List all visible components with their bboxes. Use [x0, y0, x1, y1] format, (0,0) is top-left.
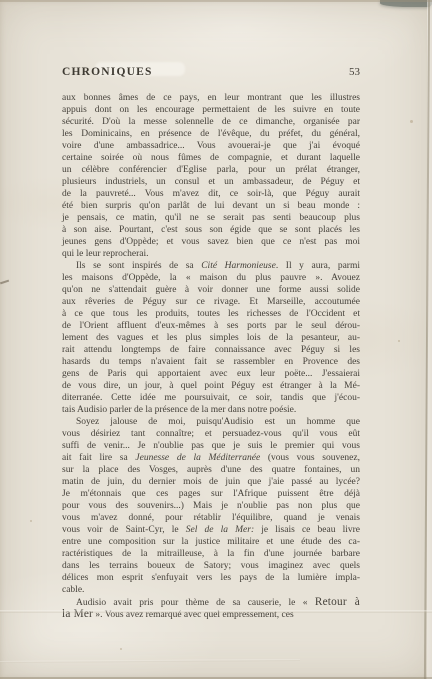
page-edge-top: [0, 0, 432, 2]
text-line: qu'on ne s'attendait guère à voir donner…: [62, 284, 360, 296]
body-text: les Dominicains, en présence de l'évêque…: [62, 129, 360, 139]
body-text: appuis dont on les encourage permettaien…: [62, 105, 360, 115]
paper-speck: [340, 600, 342, 602]
text-line: gens de Paris qui apportaient avec eux l…: [62, 368, 360, 380]
text-line: vous voir de Saint-Cyr, le Sel de la Mer…: [62, 524, 360, 536]
body-text: qui le leur reprocherai.: [62, 249, 149, 259]
body-text: pour vous des souvenirs...) Mais je n'ou…: [62, 501, 360, 511]
text-line: de vous dire, un jour, à quel point Pégu…: [62, 380, 360, 392]
text-line: plusieurs industriels, un consul et un a…: [62, 176, 360, 188]
body-text: matin de juin, du dernier mois de juin q…: [62, 477, 360, 487]
text-line: pour vous des souvenirs...) Mais je n'ou…: [62, 500, 360, 512]
page-header: CHRONIQUES 53: [62, 66, 360, 78]
body-text: Audisio avait pris pour thème de sa caus…: [76, 598, 315, 608]
text-line: diterranée. Cette idée me poursuivait, c…: [62, 392, 360, 404]
text-line: hasards du temps n'avaient fait se rasse…: [62, 356, 360, 368]
text-line: lement des vagues et les plus simples lo…: [62, 332, 360, 344]
body-text: (vous vous souvenez,: [260, 453, 360, 463]
body-text: je pensais, ce matin, qu'il ne se serait…: [62, 213, 360, 223]
text-line: voire d'une ambassadrice... Vous avouera…: [62, 140, 360, 152]
paper-crease: [0, 659, 300, 663]
text-line: suffi de venir... Je n'oublie pas que je…: [62, 440, 360, 452]
body-text: dans les terrains boueux de Satory; vous…: [62, 561, 360, 571]
body-text: entre une composition sur la justice mil…: [62, 537, 360, 547]
text-line: entre une composition sur la justice mil…: [62, 536, 360, 548]
text-line: sur la place des Vosges, auprès d'une de…: [62, 464, 360, 476]
text-line: les maisons d'Oppède, la « maison du plu…: [62, 272, 360, 284]
body-text: . Il y aura, parmi: [276, 261, 360, 271]
text-line: ractéristiques de la mitrailleuse, à la …: [62, 548, 360, 560]
body-text: les maisons d'Oppède, la « maison du plu…: [62, 273, 360, 283]
body-text: tais Audisio parler de la présence de la…: [62, 405, 296, 415]
paper-crease: [0, 280, 9, 284]
body-text: certaine soirée où nous fûmes de compagn…: [62, 153, 360, 163]
body-text: Ils se sont inspirés de sa: [76, 261, 201, 271]
page-number: 53: [349, 66, 360, 78]
body-text: cable.: [62, 585, 84, 595]
text-line: vous m'avez donné, pour rétablir l'équil…: [62, 512, 360, 524]
paper-crease: [0, 610, 432, 613]
text-line: qui le leur reprocherai.: [62, 248, 360, 260]
body-text: suffi de venir... Je n'oublie pas que je…: [62, 441, 360, 451]
body-text: plusieurs industriels, un consul et un a…: [62, 177, 360, 187]
text-line: Audisio avait pris pour thème de sa caus…: [62, 596, 360, 608]
text-line: cable.: [62, 584, 360, 596]
body-text: rait attendu longtemps de faire connaiss…: [62, 345, 360, 355]
scanned-book-page: CHRONIQUES 53 aux bonnes âmes de ce pays…: [0, 0, 432, 679]
italic-book-title: Jeunesse de la Méditerranée: [135, 453, 260, 463]
text-line: à son aise. Pourtant, c'est sous son égi…: [62, 224, 360, 236]
text-line: les Dominicains, en présence de l'évêque…: [62, 128, 360, 140]
body-text: lement des vagues et les plus simples lo…: [62, 333, 360, 343]
emphasized-phrase: Retour à: [315, 596, 360, 608]
body-text: à ce que tous les produits, toutes les r…: [62, 309, 360, 319]
italic-book-title: Sel de la Mer:: [186, 525, 254, 535]
body-text: aux bonnes âmes de ce pays, en leur mont…: [62, 93, 360, 103]
body-text: de la pauvreté... Vous m'avez dit, ce so…: [62, 189, 360, 199]
body-text: Je m'étonnais que ces pages sur l'Afriqu…: [62, 489, 360, 499]
paper-speck: [410, 120, 413, 123]
running-title: CHRONIQUES: [62, 66, 153, 78]
text-line: à ce que tous les produits, toutes les r…: [62, 308, 360, 320]
text-line: dans les terrains boueux de Satory; vous…: [62, 560, 360, 572]
text-line: Ils se sont inspirés de sa Cité Harmonie…: [62, 260, 360, 272]
body-text: hasards du temps n'avaient fait se rasse…: [62, 357, 360, 367]
body-text: sécurité. D'où la messe solennelle de ce…: [62, 117, 360, 127]
text-line: rait attendu longtemps de faire connaiss…: [62, 344, 360, 356]
body-text: voire d'une ambassadrice... Vous avouera…: [62, 141, 360, 151]
body-text: de vous dire, un jour, à quel point Pégu…: [62, 381, 360, 391]
body-text: jeunes gens d'Oppède; et vous savez bien…: [62, 237, 360, 247]
text-line: tais Audisio parler de la présence de la…: [62, 404, 360, 416]
text-line: je pensais, ce matin, qu'il ne se serait…: [62, 212, 360, 224]
text-line: ait fait lire sa Jeunesse de la Méditerr…: [62, 452, 360, 464]
text-line: vous désiriez tant connaître; et persuad…: [62, 428, 360, 440]
body-text: ractéristiques de la mitrailleuse, à la …: [62, 549, 360, 559]
italic-book-title: Cité Harmonieuse: [201, 261, 276, 271]
body-text: vous désiriez tant connaître; et persuad…: [62, 429, 360, 439]
text-line: été bien surpris qu'on parlât de lui dev…: [62, 200, 360, 212]
body-text: Soyez jalouse de moi, puisqu'Audisio est…: [76, 417, 360, 427]
body-text: je lisais ce beau livre: [254, 525, 360, 535]
paper-speck: [120, 648, 122, 650]
text-line: un célèbre conférencier d'Eglise parla, …: [62, 164, 360, 176]
body-text: un célèbre conférencier d'Eglise parla, …: [62, 165, 360, 175]
body-text: gens de Paris qui apportaient avec eux l…: [62, 369, 360, 379]
body-text: sur la place des Vosges, auprès d'une de…: [62, 465, 360, 475]
body-text: vous m'avez donné, pour rétablir l'équil…: [62, 513, 360, 523]
body-text: ait fait lire sa: [62, 453, 135, 463]
text-line: de la pauvreté... Vous m'avez dit, ce so…: [62, 188, 360, 200]
body-text: aux rêveries de Péguy sur ce rivage. Et …: [62, 297, 360, 307]
body-text: diterranée. Cette idée me poursuivait, c…: [62, 393, 360, 403]
body-text: de l'Orient affluent d'eux-mêmes à ses p…: [62, 321, 360, 331]
body-text: délices mon esprit s'enfuyait vers les p…: [62, 573, 360, 583]
paper-speck: [30, 520, 32, 522]
text-line: délices mon esprit s'enfuyait vers les p…: [62, 572, 360, 584]
text-line: jeunes gens d'Oppède; et vous savez bien…: [62, 236, 360, 248]
body-text: été bien surpris qu'on parlât de lui dev…: [62, 201, 360, 211]
text-line: matin de juin, du dernier mois de juin q…: [62, 476, 360, 488]
body-text: qu'on ne s'attendait guère à voir donner…: [62, 285, 360, 295]
text-line: sécurité. D'où la messe solennelle de ce…: [62, 116, 360, 128]
text-line: aux bonnes âmes de ce pays, en leur mont…: [62, 92, 360, 104]
text-line: certaine soirée où nous fûmes de compagn…: [62, 152, 360, 164]
body-text: vous voir de Saint-Cyr, le: [62, 525, 186, 535]
page-paragraphs: aux bonnes âmes de ce pays, en leur mont…: [62, 92, 360, 620]
text-line: de l'Orient affluent d'eux-mêmes à ses p…: [62, 320, 360, 332]
text-line: aux rêveries de Péguy sur ce rivage. Et …: [62, 296, 360, 308]
text-line: Soyez jalouse de moi, puisqu'Audisio est…: [62, 416, 360, 428]
body-text: à son aise. Pourtant, c'est sous son égi…: [62, 225, 360, 235]
text-line: appuis dont on les encourage permettaien…: [62, 104, 360, 116]
paper-speck: [398, 340, 400, 342]
text-line: Je m'étonnais que ces pages sur l'Afriqu…: [62, 488, 360, 500]
